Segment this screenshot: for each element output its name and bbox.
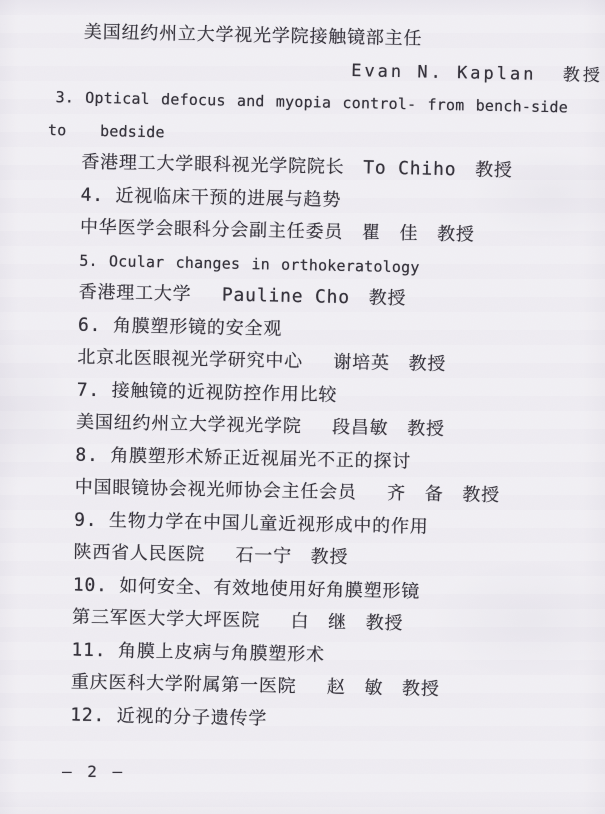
page-number: — 2 — <box>62 762 125 781</box>
scanned-document-page: 美国纽约州立大学视光学院接触镜部主任Evan N. Kaplan 教授3. Op… <box>0 0 605 814</box>
agenda-text-block: 美国纽约州立大学视光学院接触镜部主任Evan N. Kaplan 教授3. Op… <box>0 0 605 742</box>
